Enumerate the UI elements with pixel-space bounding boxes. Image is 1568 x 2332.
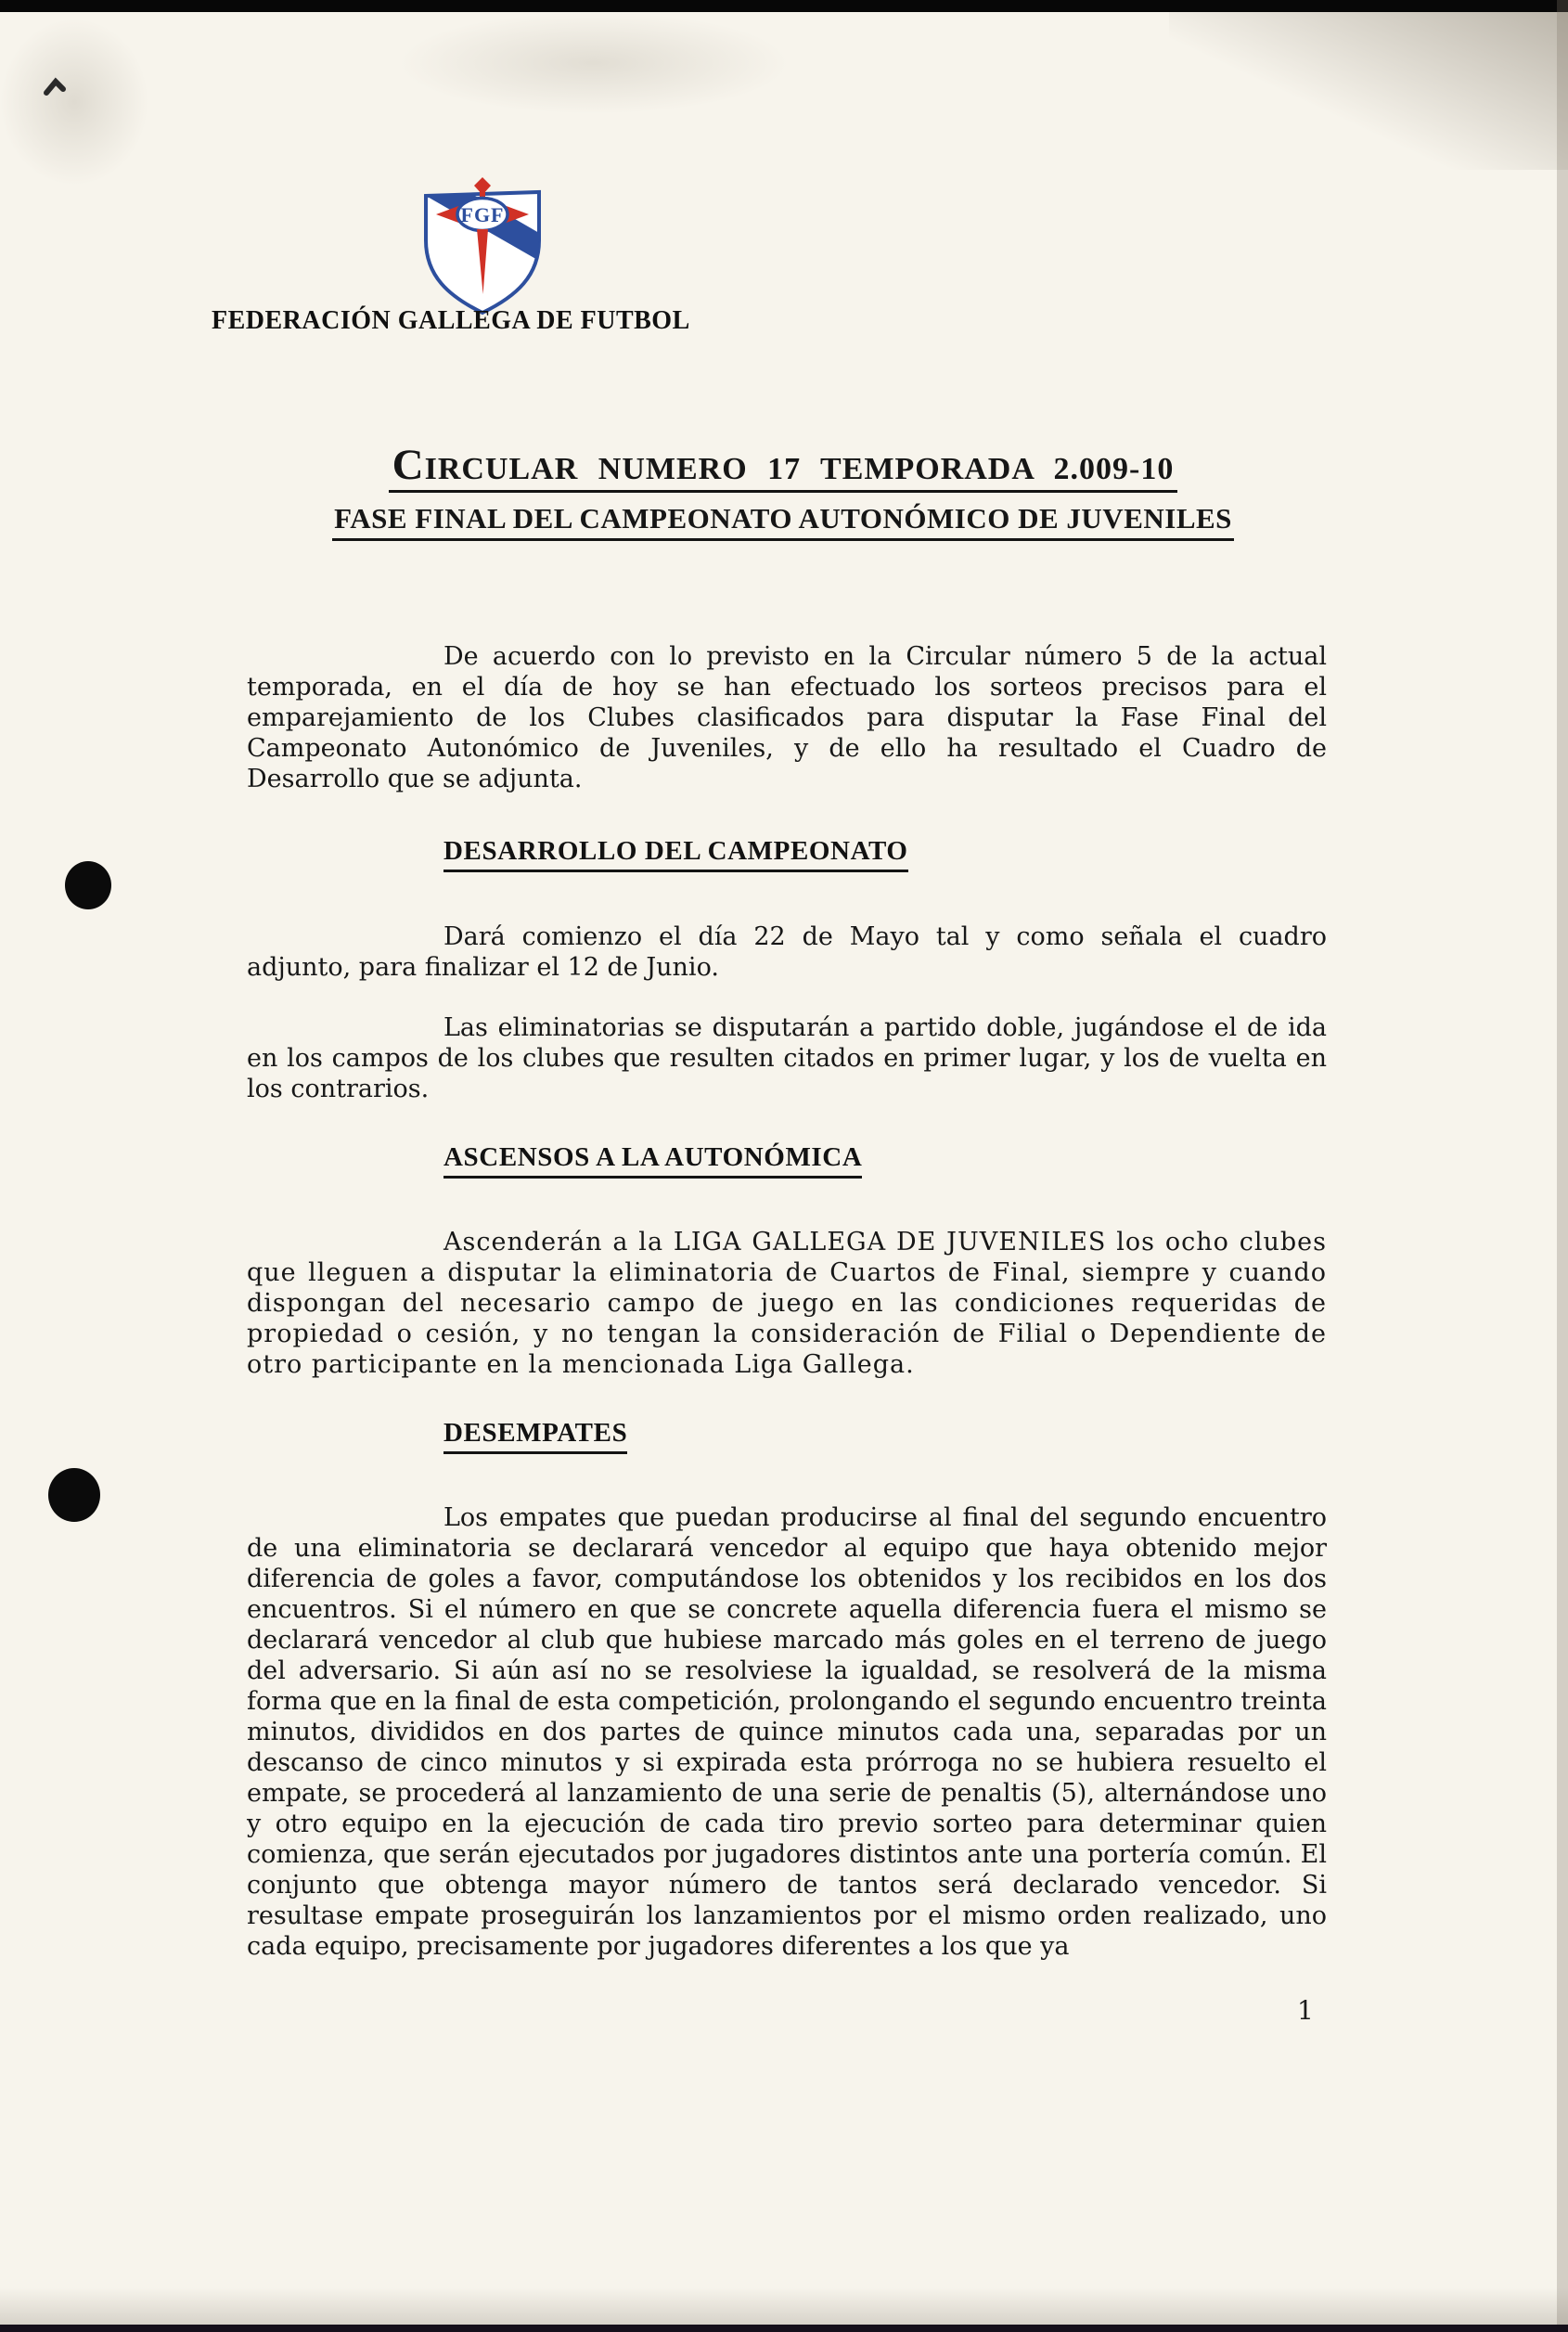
- paragraph-desarrollo-2: Las eliminatorias se disputarán a partid…: [247, 1012, 1327, 1104]
- organization-name: FEDERACIÓN GALLEGA DE FUTBOL: [212, 306, 690, 336]
- scan-bottom-edge-bar: [0, 2325, 1568, 2332]
- section-heading-ascensos: ASCENSOS A LA AUTONÓMICA: [443, 1142, 862, 1179]
- document-subtitle: FASE FINAL DEL CAMPEONATO AUTONÓMICO DE …: [332, 502, 1234, 541]
- scanned-document-page: FGF FEDERACIÓN GALLEGA DE FUTBOL CIRCULA…: [0, 0, 1568, 2332]
- circular-title: CIRCULAR NUMERO 17 TEMPORADA 2.009-10: [389, 449, 1178, 493]
- document-title-block: CIRCULAR NUMERO 17 TEMPORADA 2.009-10 FA…: [239, 449, 1327, 541]
- scan-shadow-bottom: [0, 2287, 1568, 2325]
- scan-ink-dot: [65, 861, 111, 909]
- paragraph-ascensos-1: Ascenderán a la LIGA GALLEGA DE JUVENILE…: [247, 1227, 1327, 1380]
- scan-shadow-top-right: [1169, 12, 1568, 170]
- title-rest: IRCULAR NUMERO 17 TEMPORADA 2.009-10: [425, 452, 1175, 486]
- intro-paragraph: De acuerdo con lo previsto en la Circula…: [247, 641, 1327, 794]
- crest-letters: FGF: [461, 203, 505, 226]
- title-drop-cap: C: [392, 441, 425, 489]
- scan-ink-dot: [48, 1468, 100, 1522]
- section-heading-desarrollo: DESARROLLO DEL CAMPEONATO: [443, 836, 908, 872]
- scan-top-edge-bar: [0, 0, 1568, 12]
- fgf-crest-logo: FGF: [413, 176, 552, 317]
- scan-shadow-right-edge: [1557, 0, 1568, 2332]
- page-number: 1: [1297, 1995, 1314, 2026]
- pen-mark: [41, 69, 80, 106]
- paragraph-desarrollo-1: Dará comienzo el día 22 de Mayo tal y co…: [247, 921, 1327, 983]
- section-heading-desempates: DESEMPATES: [443, 1418, 627, 1454]
- scan-shadow-top-middle: [399, 12, 789, 114]
- paragraph-desempates-1: Los empates que puedan producirse al fin…: [247, 1502, 1327, 1962]
